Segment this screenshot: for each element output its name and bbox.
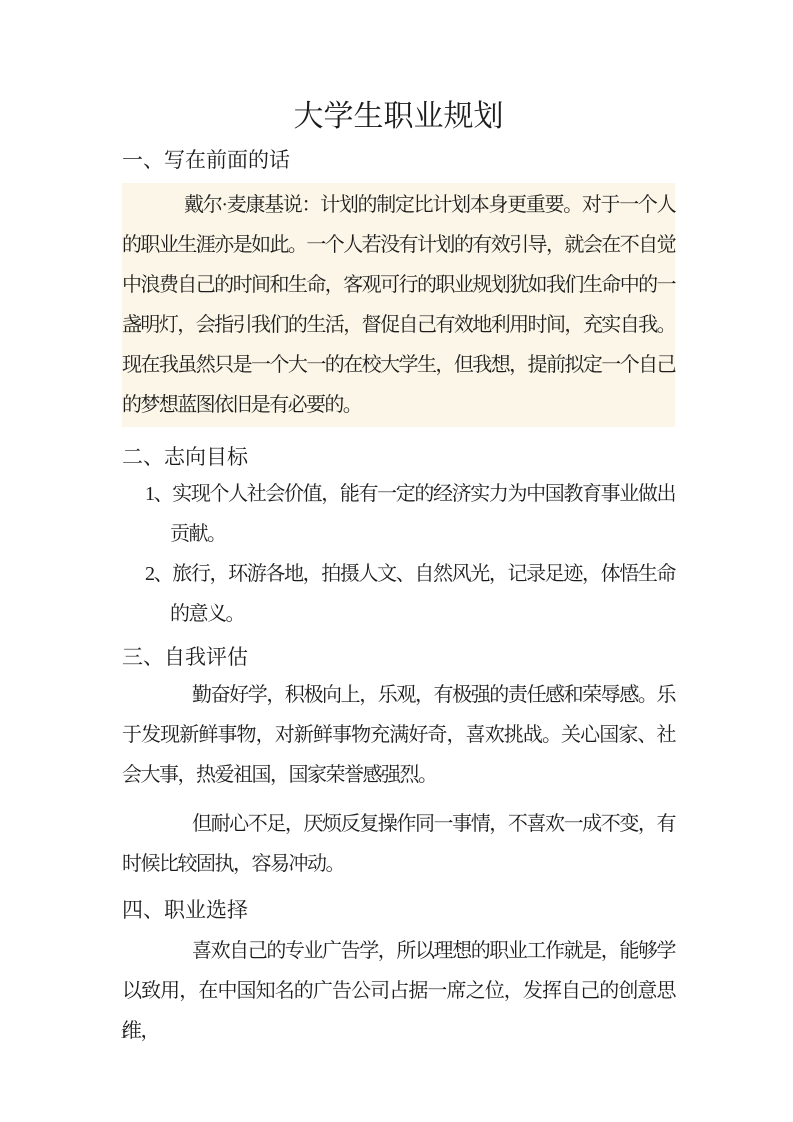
list-item-1: 1、实现个人社会价值，能有一定的经济实力为中国教育事业做出贡献。 bbox=[145, 474, 675, 554]
document-title: 大学生职业规划 bbox=[122, 97, 675, 137]
self-assessment-paragraph-strengths: 勤奋好学，积极向上，乐观，有极强的责任感和荣辱感。乐于发现新鲜事物，对新鲜事物充… bbox=[122, 675, 675, 795]
list-item-2-text: 旅行，环游各地，拍摄人文、自然风光，记录足迹，体悟生命的意义。 bbox=[170, 563, 675, 625]
section-heading-self-assessment: 三、自我评估 bbox=[122, 644, 675, 670]
career-choice-paragraph: 喜欢自己的专业广告学，所以理想的职业工作就是，能够学以致用，在中国知名的广告公司… bbox=[122, 931, 675, 1051]
document-content: 大学生职业规划 一、写在前面的话 戴尔·麦康基说：计划的制定比计划本身更重要。对… bbox=[122, 0, 675, 1051]
section-heading-preface: 一、写在前面的话 bbox=[122, 147, 675, 173]
page-number: 1 bbox=[120, 1024, 128, 1044]
document-page: 大学生职业规划 一、写在前面的话 戴尔·麦康基说：计划的制定比计划本身更重要。对… bbox=[0, 0, 793, 1122]
goal-list: 1、实现个人社会价值，能有一定的经济实力为中国教育事业做出贡献。 2、旅行，环游… bbox=[122, 474, 675, 634]
list-item-2: 2、旅行，环游各地，拍摄人文、自然风光，记录足迹，体悟生命的意义。 bbox=[145, 554, 675, 634]
list-item-1-text: 实现个人社会价值，能有一定的经济实力为中国教育事业做出贡献。 bbox=[170, 483, 675, 545]
list-item-1-marker: 1、 bbox=[145, 483, 172, 505]
section-heading-goals: 二、志向目标 bbox=[122, 444, 675, 470]
self-assessment-paragraph-weaknesses: 但耐心不足，厌烦反复操作同一事情，不喜欢一成不变，有时候比较固执，容易冲动。 bbox=[122, 804, 675, 884]
section-heading-career-choice: 四、职业选择 bbox=[122, 897, 675, 923]
list-item-2-marker: 2、 bbox=[145, 563, 172, 585]
highlighted-quote-paragraph: 戴尔·麦康基说：计划的制定比计划本身更重要。对于一个人的职业生涯亦是如此。一个人… bbox=[122, 183, 675, 427]
